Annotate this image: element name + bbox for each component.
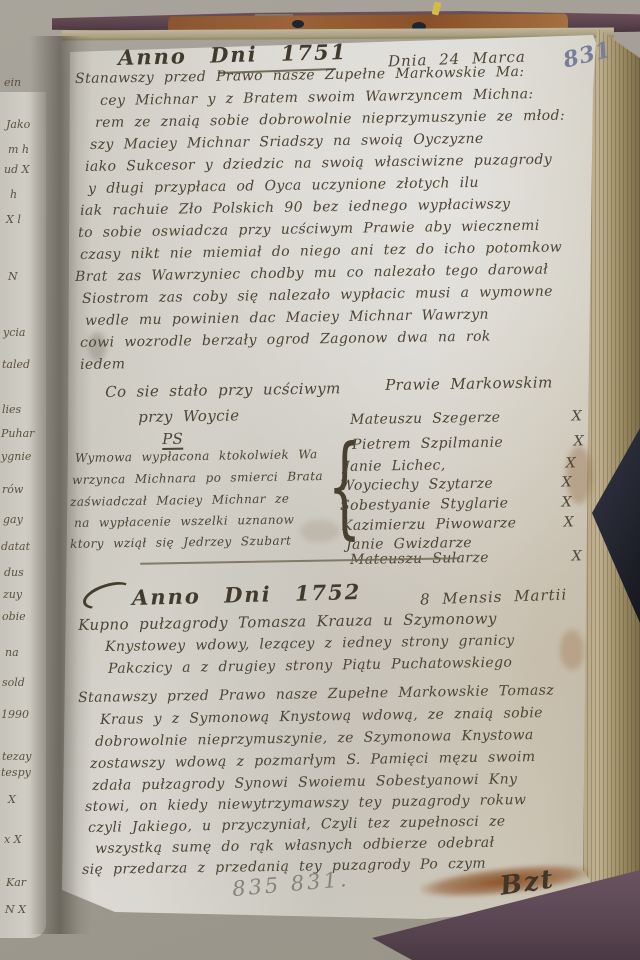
margin-fragment: na bbox=[5, 646, 19, 659]
closing-line: Co sie stało przy ucściwym bbox=[105, 381, 341, 400]
margin-fragment: ycia bbox=[3, 326, 25, 339]
manuscript-line: iedem bbox=[80, 357, 126, 372]
margin-fragment: Jako bbox=[6, 118, 30, 131]
margin-fragment: ud X bbox=[4, 163, 29, 176]
witness-name: Janie Lichec, bbox=[344, 458, 446, 474]
witness-mark: X bbox=[566, 456, 577, 470]
witness-name: Mateuszu Szegerze bbox=[350, 411, 500, 427]
note-line: ktory wziął się Jedrzey Szubart bbox=[70, 535, 291, 550]
margin-fragment: datat bbox=[1, 540, 30, 553]
witness-name: Pietrem Szpilmanie bbox=[352, 436, 503, 452]
ps-mark: PS bbox=[162, 432, 183, 450]
note-line: zaświadczał Maciey Michnar ze bbox=[70, 493, 289, 508]
margin-fragment: X bbox=[8, 793, 16, 806]
margin-fragment: rów bbox=[2, 483, 23, 496]
margin-fragment: zuy bbox=[3, 588, 22, 601]
margin-fragment: gay bbox=[3, 513, 23, 526]
margin-fragment: sold bbox=[2, 676, 25, 689]
margin-fragment: N X bbox=[5, 903, 26, 916]
note-line: Wymowa wypłacona ktokolwiek Wa bbox=[75, 448, 318, 464]
margin-fragment: m h bbox=[8, 143, 29, 156]
margin-fragment: lies bbox=[2, 403, 21, 416]
margin-fragment: Kar bbox=[6, 876, 26, 889]
margin-fragment: x X bbox=[4, 833, 22, 846]
margin-fragment: 1990 bbox=[1, 708, 29, 721]
witness-mark: X bbox=[572, 409, 583, 423]
margin-fragment: ygnie bbox=[1, 450, 31, 463]
witness-name: Sobestyanie Styglarie bbox=[340, 496, 509, 513]
margin-fragment: h bbox=[10, 188, 17, 201]
margin-fragment: obie bbox=[2, 610, 26, 623]
margin-fragment: X l bbox=[6, 213, 21, 226]
note-line: wrzynca Michnara po smierci Brata bbox=[72, 470, 323, 486]
margin-fragment: taled bbox=[2, 358, 30, 371]
margin-fragment: dus bbox=[4, 566, 24, 579]
manuscript-photo: { "annotations": { "page_number_top_righ… bbox=[0, 0, 640, 960]
witness-mark: X bbox=[572, 549, 583, 563]
stain bbox=[560, 630, 584, 670]
closing-line: przy Woycie bbox=[138, 408, 240, 425]
witness-mark: X bbox=[562, 495, 573, 509]
witness-mark: X bbox=[574, 434, 585, 448]
witness-mark: X bbox=[562, 475, 573, 489]
margin-fragment: ein bbox=[4, 76, 21, 89]
witness-mark: X bbox=[564, 515, 575, 529]
spine-speck bbox=[292, 20, 304, 28]
witness-name: Kazimierzu Piwowarze bbox=[342, 516, 516, 533]
closing-line-right: Prawie Markowskim bbox=[385, 375, 553, 393]
margin-fragment: N bbox=[8, 270, 18, 283]
margin-fragment: tespy bbox=[1, 766, 31, 779]
margin-fragment: Puhar bbox=[1, 427, 34, 440]
margin-fragment: tezay bbox=[2, 750, 32, 763]
note-line: na wypłacenie wszelki uznanow bbox=[74, 514, 294, 529]
witness-name: Woyciechy Szytarze bbox=[340, 477, 493, 493]
